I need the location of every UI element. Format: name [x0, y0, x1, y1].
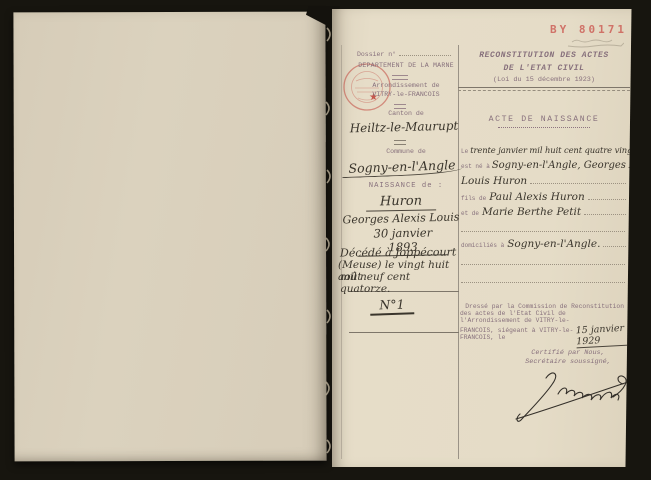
- secretary-signature: [510, 367, 640, 425]
- arrondissement-label: Arrondissement de: [354, 82, 458, 89]
- acte-page: BY 80171 ★ Dossier n° DEPARTEMENT DE LA …: [332, 9, 633, 467]
- act-line-2: est né à Sogny-en-l'Angle, Georges Alexi…: [461, 160, 628, 171]
- act-line1-label: Le: [461, 148, 468, 155]
- commission-stamp-line2: des actes de l'Etat Civil de l'Arrondiss…: [460, 310, 630, 324]
- act-line6-leader: [603, 246, 626, 247]
- death-note-line1: Décédé à Joppécourt: [340, 245, 462, 259]
- commission-stamp-line1: Dressé par la Commission de Reconstituti…: [460, 303, 630, 310]
- act-line3-leader: [530, 183, 626, 184]
- scanned-register-spread: BY 80171 ★ Dossier n° DEPARTEMENT DE LA …: [0, 0, 651, 480]
- serial-number-stamp: BY 80171: [550, 23, 627, 36]
- margin-rule-lower: [349, 332, 459, 333]
- act-line6-text: Sogny-en-l'Angle.: [507, 238, 600, 250]
- header-rule-solid: [458, 87, 630, 88]
- act-line-5: et de Marie Berthe Petit: [461, 206, 628, 218]
- act-line-4: fils de Paul Alexis Huron: [461, 191, 628, 203]
- certified-line1: Certifié par Nous,: [512, 349, 624, 357]
- act-line4-leader: [588, 199, 626, 200]
- divider-dashes-1: [392, 75, 408, 80]
- act-line4-label: fils de: [461, 195, 486, 202]
- act-line5-text: Marie Berthe Petit: [482, 206, 581, 218]
- blank-left-page: [13, 12, 326, 462]
- act-number: N°1: [370, 296, 415, 316]
- divider-dashes-3: [394, 140, 406, 145]
- act-line-3: Louis Huron: [461, 175, 628, 187]
- header-law-note: (Loi du 15 décembre 1923): [460, 76, 628, 84]
- act-blank-line-3: [461, 282, 625, 283]
- arrondissement-value: VITRY-le-FRANCOIS: [354, 91, 458, 98]
- act-title: ACTE DE NAISSANCE: [460, 115, 628, 124]
- canton-label: Canton de: [354, 110, 458, 117]
- act-line2-text: Sogny-en-l'Angle, Georges Alexis: [492, 160, 651, 171]
- commune-value: Sogny-en-l'Angle: [342, 157, 463, 178]
- commission-date-handwritten: 15 janvier 1929: [575, 323, 630, 349]
- dossier-row: Dossier n°: [357, 51, 453, 58]
- dossier-label: Dossier n°: [357, 51, 396, 58]
- act-line5-leader: [584, 214, 626, 215]
- commission-stamp-line3: FRANCOIS, siégeant à VITRY-le-FRANCOIS, …: [460, 327, 574, 341]
- surname-value: Huron: [366, 193, 436, 211]
- header-rule-dashed: [458, 90, 630, 91]
- act-line1-text: trente janvier mil huit cent quatre ving…: [470, 145, 651, 155]
- department-stamp: DEPARTEMENT DE LA MARNE: [354, 62, 458, 69]
- commune-label: Commune de: [354, 148, 458, 155]
- header-title-line2: DE L'ETAT CIVIL: [460, 64, 628, 73]
- act-blank-line-2: [461, 264, 625, 265]
- dossier-blank-line: [399, 55, 451, 56]
- act-line3-text: Louis Huron: [461, 175, 527, 187]
- act-line6-label: domiciliés à: [461, 242, 504, 249]
- act-line2-label: est né à: [461, 163, 490, 170]
- death-note-line3: mil neuf cent quatorze.: [340, 271, 462, 295]
- given-names-value: Georges Alexis Louis: [340, 210, 462, 226]
- canton-value: Heiltz-le-Maurupt: [346, 118, 462, 135]
- certified-line2: Secrétaire soussigné,: [512, 358, 624, 366]
- act-line5-label: et de: [461, 210, 479, 217]
- pencil-annotation: [566, 37, 624, 49]
- act-line-1: Le trente janvier mil huit cent quatre v…: [461, 145, 628, 155]
- act-blank-line-1: [461, 231, 625, 232]
- divider-dashes-2: [394, 104, 406, 109]
- act-line4-text: Paul Alexis Huron: [489, 191, 585, 203]
- header-title-line1: RECONSTITUTION DES ACTES: [460, 51, 628, 60]
- commission-stamp-block: Dressé par la Commission de Reconstituti…: [460, 303, 630, 347]
- birth-label: NAISSANCE de :: [354, 182, 458, 190]
- act-title-underline: [498, 127, 590, 128]
- act-line-6: domiciliés à Sogny-en-l'Angle.: [461, 238, 628, 250]
